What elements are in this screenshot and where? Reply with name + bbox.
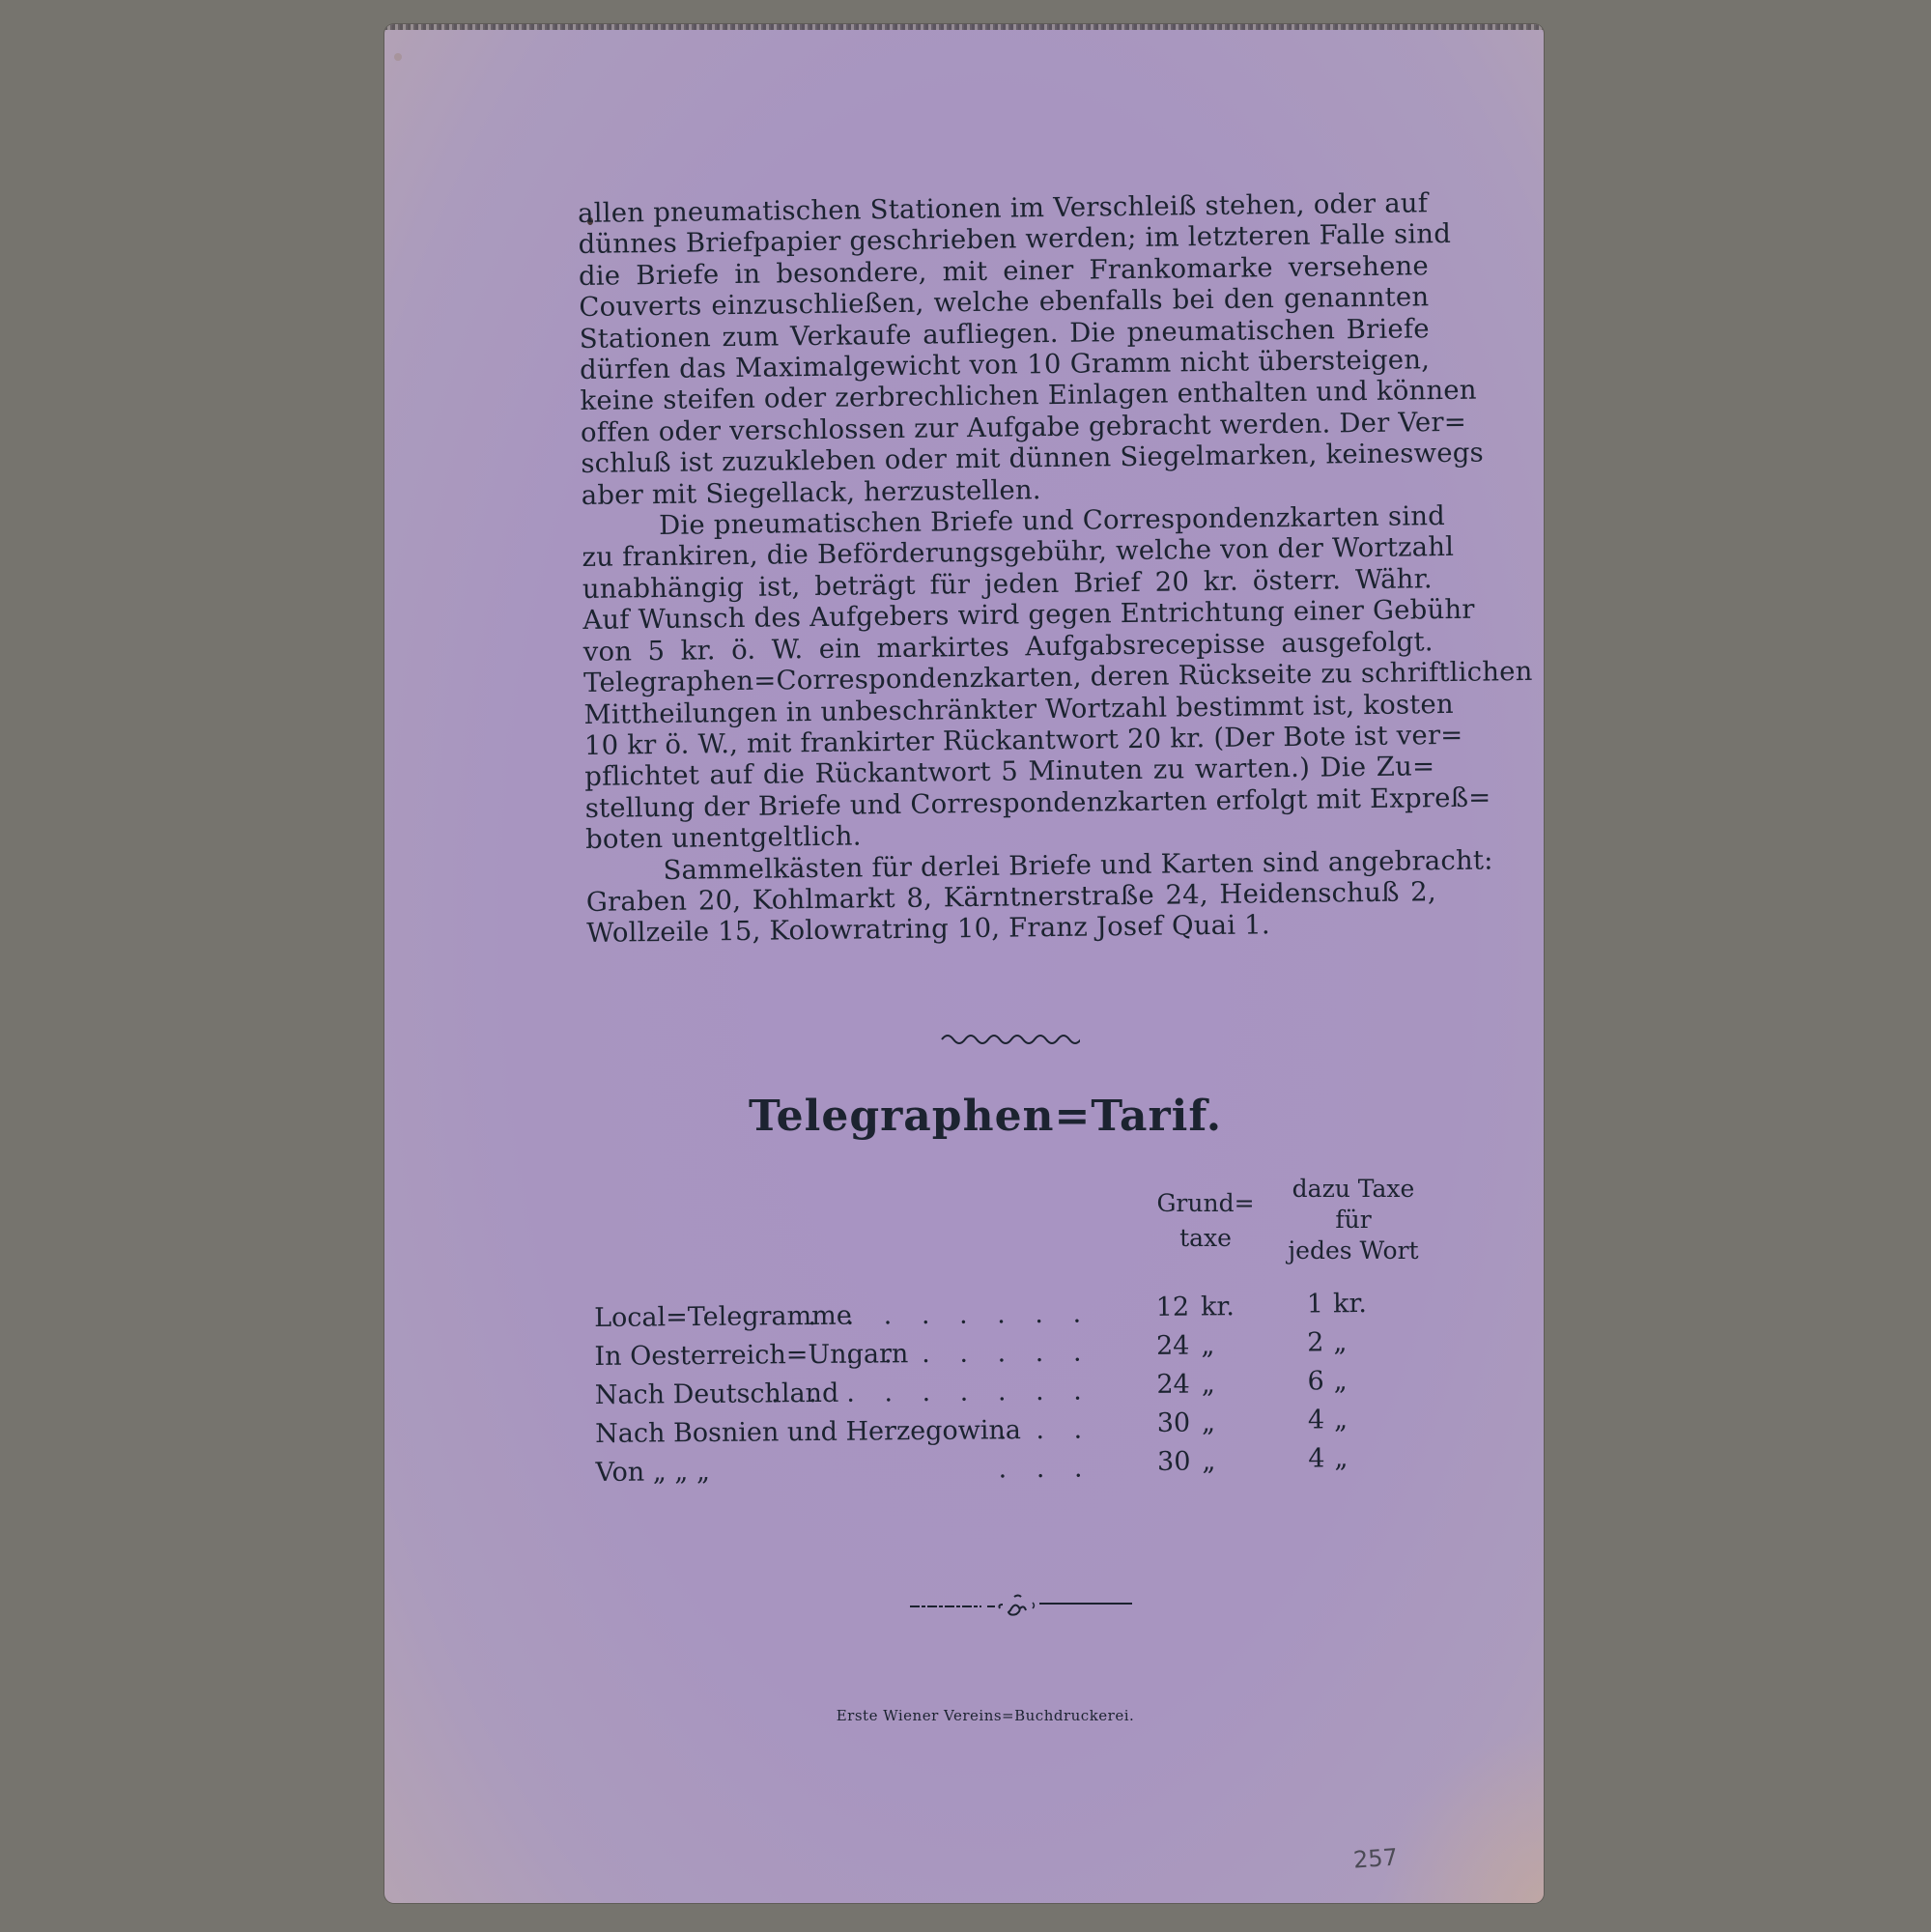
header-line: dazu Taxe [1271, 1174, 1435, 1205]
tariff-table: Local=Telegramme. . . . . . . .12kr.1kr.… [594, 1295, 1465, 1496]
per-word-fee: 4 [1286, 1443, 1324, 1473]
body-text: allen pneumatischen Stationen im Verschl… [578, 187, 1436, 949]
per-word-fee: 1 [1285, 1289, 1323, 1319]
base-fee-unit: „ [1201, 1330, 1214, 1360]
pencil-annotation: 257 [1352, 1843, 1399, 1873]
leader-dots: . . . . . . . [846, 1338, 1093, 1370]
base-fee: 12 [1143, 1293, 1189, 1322]
per-word-fee: 4 [1286, 1405, 1324, 1435]
base-fee-unit: kr. [1201, 1292, 1235, 1321]
column-header-base-fee: Grund= taxe [1148, 1188, 1264, 1254]
base-fee: 24 [1143, 1331, 1189, 1361]
document-page: allen pneumatischen Stationen im Verschl… [384, 24, 1544, 1903]
tariff-title: Telegraphen=Tarif. [384, 1092, 1544, 1141]
per-word-fee-unit: „ [1334, 1443, 1348, 1473]
base-fee: 24 [1144, 1370, 1190, 1400]
destination-label: Nach Bosnien und Herzegowina [595, 1415, 1021, 1449]
squiggle-divider [940, 1028, 1080, 1047]
base-fee-unit: „ [1202, 1446, 1215, 1476]
per-word-fee: 2 [1285, 1327, 1323, 1357]
per-word-fee: 6 [1286, 1366, 1324, 1396]
header-line: Grund= [1148, 1188, 1264, 1219]
tariff-row: Von „ „ „. . .30„4„ [595, 1450, 1464, 1496]
per-word-fee-unit: „ [1334, 1366, 1348, 1396]
printer-imprint: Erste Wiener Vereins=Buchdruckerei. [384, 1707, 1544, 1724]
base-fee: 30 [1144, 1447, 1190, 1477]
leader-dots: . . . [998, 1453, 1093, 1484]
header-line: für [1271, 1205, 1435, 1236]
header-line: taxe [1148, 1223, 1264, 1254]
leader-dots: . . . [998, 1415, 1093, 1446]
destination-label: Von „ „ „ [595, 1457, 710, 1488]
per-word-fee-unit: „ [1334, 1405, 1348, 1435]
per-word-fee-unit: kr. [1333, 1289, 1367, 1319]
per-word-fee-unit: „ [1333, 1327, 1347, 1357]
column-header-per-word: dazu Taxe für jedes Wort [1271, 1174, 1435, 1266]
base-fee-unit: „ [1202, 1407, 1215, 1437]
ornament-divider [906, 1589, 1138, 1618]
header-line: jedes Wort [1271, 1236, 1435, 1266]
paper-stain [394, 53, 402, 61]
leader-dots: . . . . . . . . . [771, 1377, 1093, 1409]
leader-dots: . . . . . . . . [808, 1299, 1092, 1332]
base-fee-unit: „ [1202, 1369, 1215, 1399]
base-fee: 30 [1144, 1408, 1190, 1438]
